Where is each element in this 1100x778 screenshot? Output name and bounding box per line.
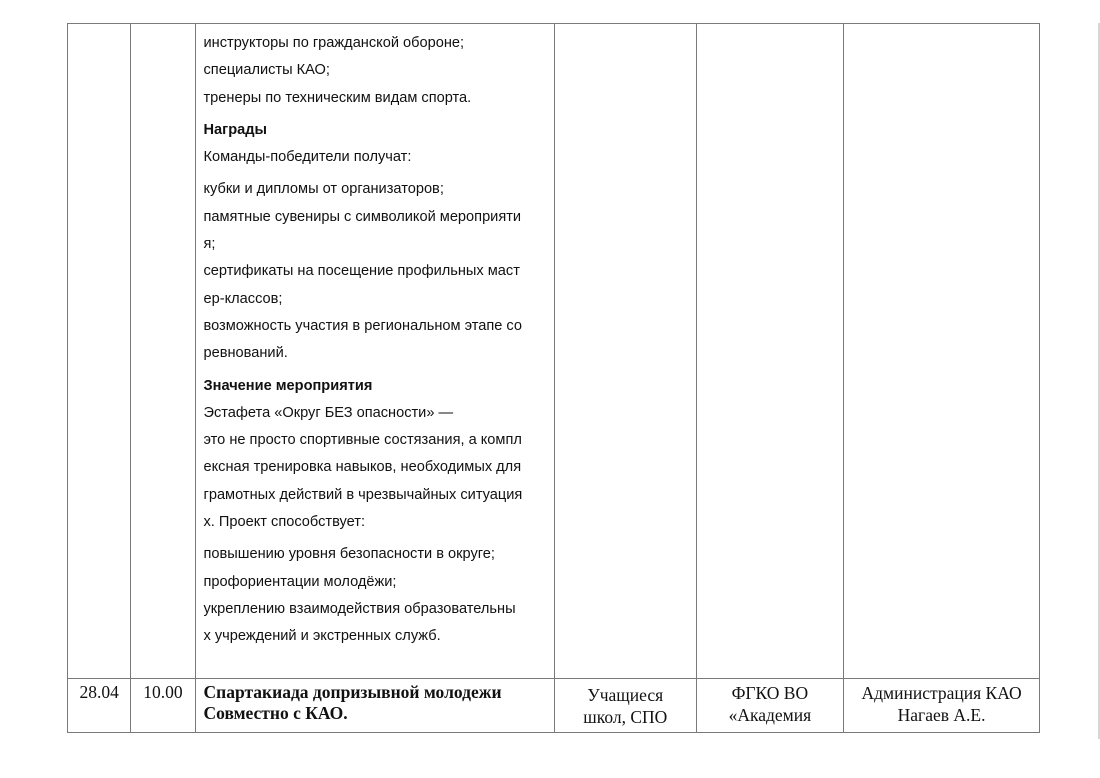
description-line: х. Проект способствует:	[204, 509, 548, 536]
description-line: инструкторы по гражданской обороне;	[204, 30, 548, 57]
section-heading: Награды	[204, 117, 548, 144]
section-heading: Значение мероприятия	[204, 373, 548, 400]
events-schedule-table: инструкторы по гражданской обороне;специ…	[67, 23, 1040, 733]
description-paragraph: Значение мероприятияЭстафета «Округ БЕЗ …	[204, 373, 548, 537]
responsible-line: Нагаев А.Е.	[844, 704, 1039, 726]
event-time: 10.00	[131, 678, 195, 732]
event-date: 28.04	[68, 678, 131, 732]
description-paragraph: повышению уровня безопасности в округе;п…	[204, 541, 548, 650]
description-line: это не просто спортивные состязания, а к…	[204, 427, 548, 454]
time-cell	[131, 24, 195, 679]
event-participants: Учащиеся школ, СПО	[554, 678, 696, 732]
description-paragraph: кубки и дипломы от организаторов;памятны…	[204, 176, 548, 367]
responsible-line: Администрация КАО	[844, 682, 1039, 704]
description-line: х учреждений и экстренных служб.	[204, 623, 548, 650]
description-line: Команды-победители получат:	[204, 144, 548, 171]
venue-cell	[696, 24, 844, 679]
venue-line: ФГКО ВО	[697, 682, 844, 704]
description-line: ревнований.	[204, 340, 548, 367]
participants-line: Учащиеся	[555, 684, 696, 706]
description-line: грамотных действий в чрезвычайных ситуац…	[204, 482, 548, 509]
description-line: тренеры по техническим видам спорта.	[204, 85, 548, 112]
description-line: Эстафета «Округ БЕЗ опасности» —	[204, 400, 548, 427]
responsible-cell	[844, 24, 1040, 679]
description-line: возможность участия в региональном этапе…	[204, 313, 548, 340]
description-paragraph: инструкторы по гражданской обороне;специ…	[204, 30, 548, 112]
description-line: я;	[204, 231, 548, 258]
event-title: Спартакиада допризывной молодежи Совмест…	[195, 678, 554, 732]
participants-cell	[554, 24, 696, 679]
page-edge-divider	[1098, 23, 1100, 739]
event-responsible: Администрация КАО Нагаев А.Е.	[844, 678, 1040, 732]
event-venue: ФГКО ВО «Академия	[696, 678, 844, 732]
date-cell	[68, 24, 131, 679]
description-line: ер-классов;	[204, 286, 548, 313]
event-title-line: Спартакиада допризывной молодежи	[204, 682, 550, 703]
description-line: сертификаты на посещение профильных маст	[204, 258, 548, 285]
description-line: памятные сувениры с символикой мероприят…	[204, 204, 548, 231]
participants-line: школ, СПО	[555, 706, 696, 728]
description-line: повышению уровня безопасности в округе;	[204, 541, 548, 568]
description-paragraph: НаградыКоманды-победители получат:	[204, 117, 548, 172]
description-cell: инструкторы по гражданской обороне;специ…	[195, 24, 554, 679]
table-row-event: 28.04 10.00 Спартакиада допризывной моло…	[68, 678, 1040, 732]
description-line: кубки и дипломы от организаторов;	[204, 176, 548, 203]
event-title-line: Совместно с КАО.	[204, 703, 550, 724]
venue-line: «Академия	[697, 704, 844, 726]
table-row-continued: инструкторы по гражданской обороне;специ…	[68, 24, 1040, 679]
description-line: специалисты КАО;	[204, 57, 548, 84]
description-line: укреплению взаимодействия образовательны	[204, 596, 548, 623]
description-line: профориентации молодёжи;	[204, 569, 548, 596]
description-line: ексная тренировка навыков, необходимых д…	[204, 454, 548, 481]
